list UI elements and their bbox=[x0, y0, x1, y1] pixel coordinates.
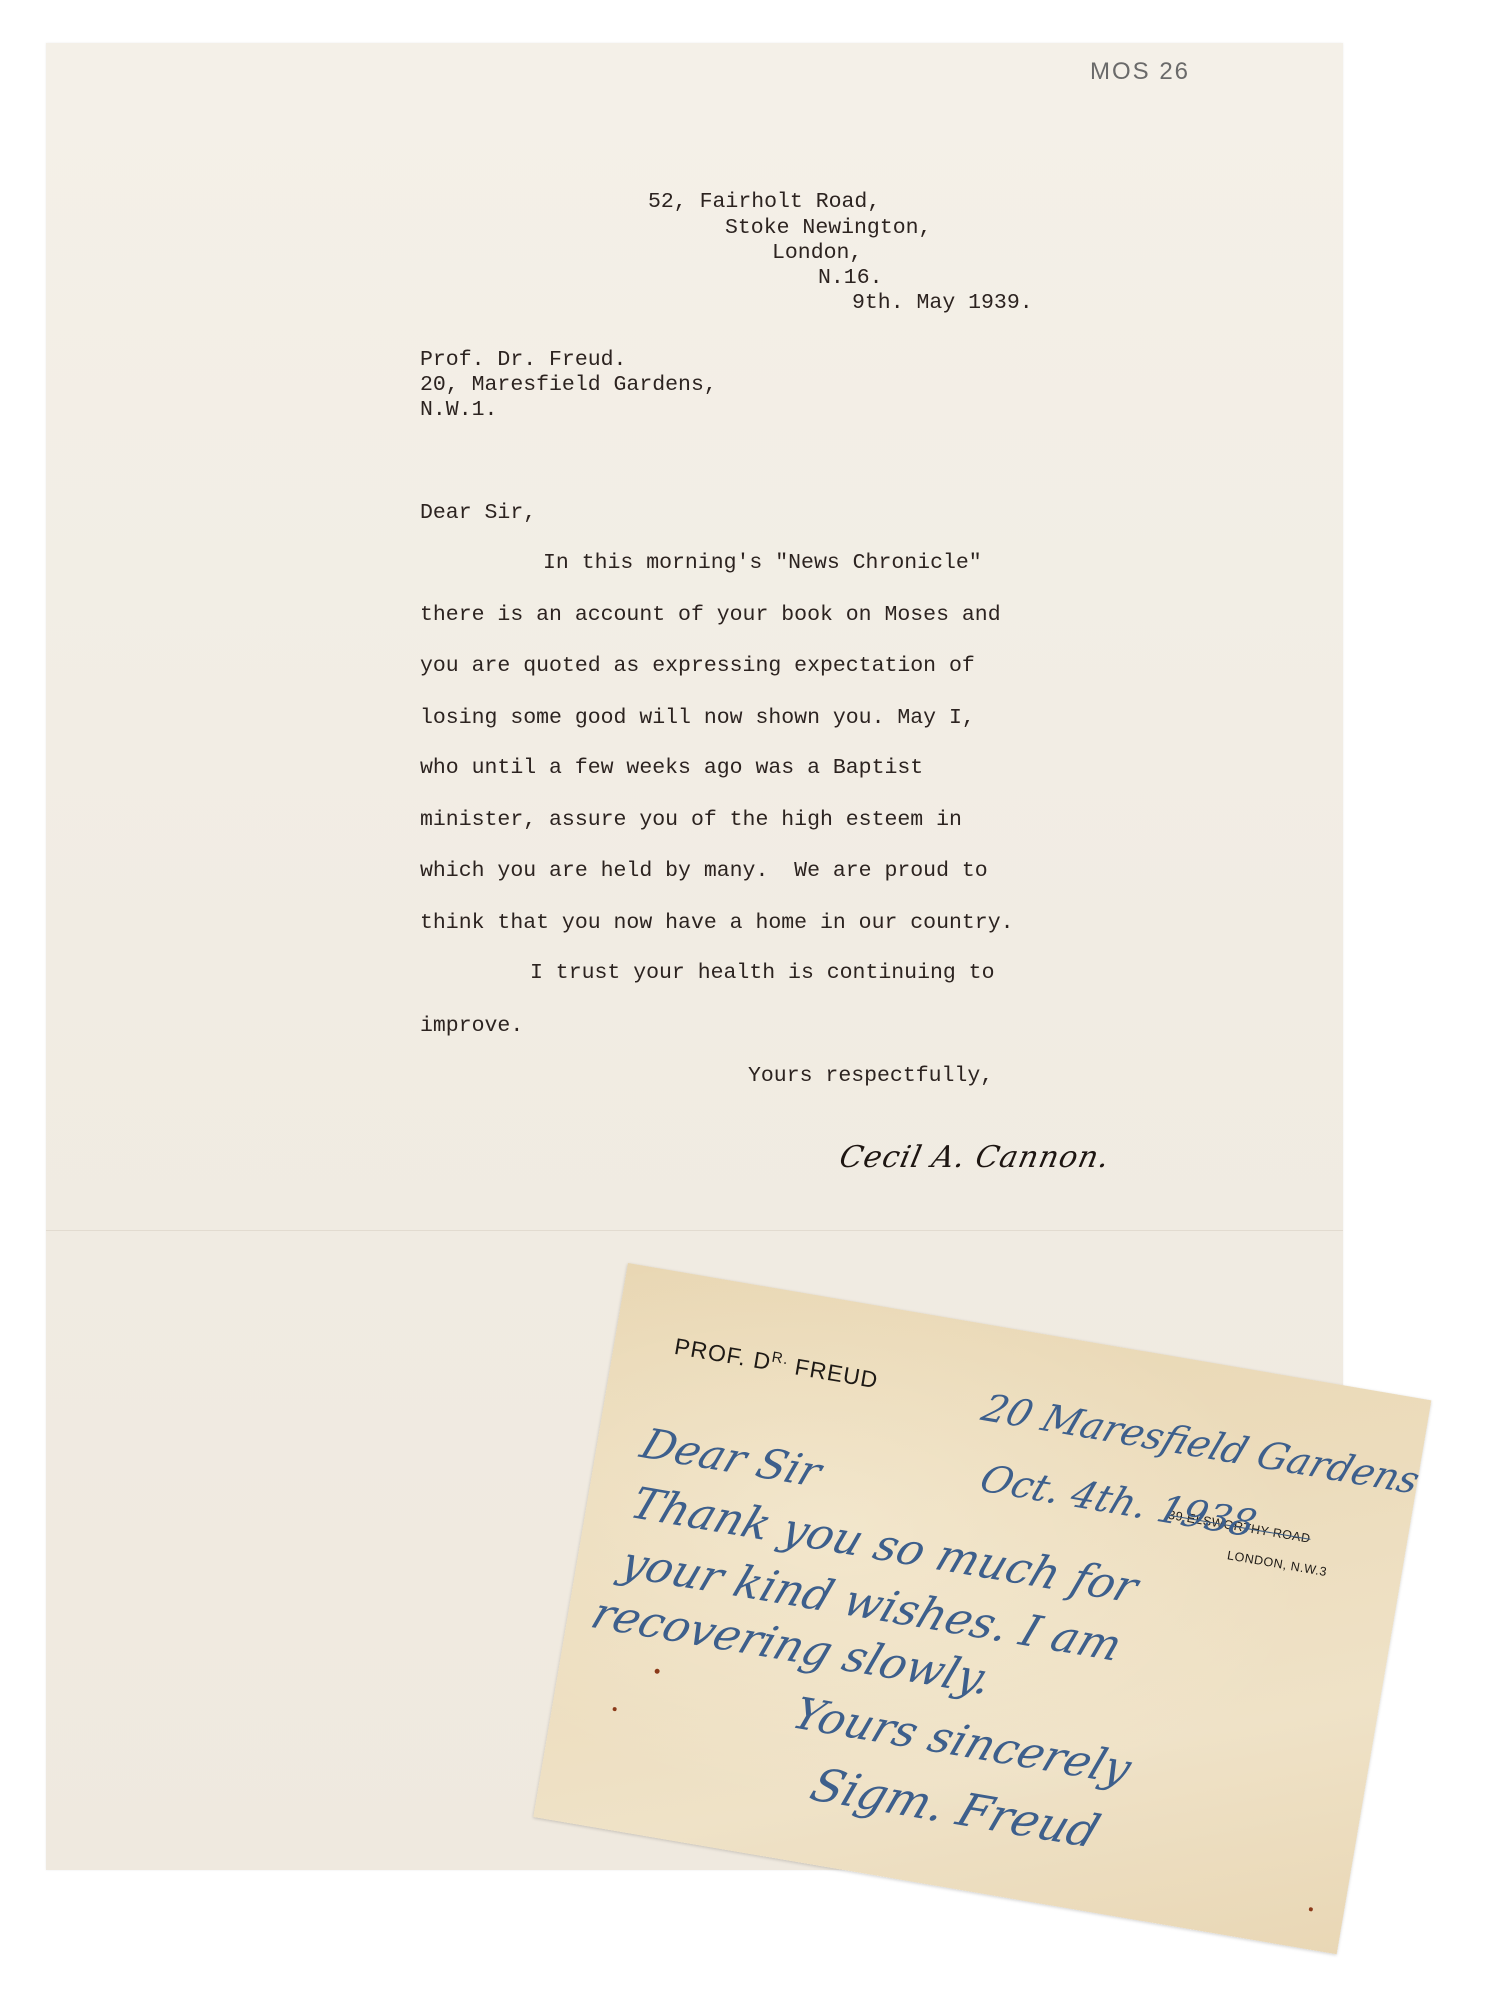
body-line: which you are held by many. We are proud… bbox=[420, 861, 988, 883]
handwritten-date: Oct. 4th. 1938 bbox=[974, 1457, 1262, 1546]
body-line: there is an account of your book on Mose… bbox=[420, 605, 1001, 627]
sender-address-line-2: Stoke Newington, bbox=[725, 218, 931, 240]
salutation: Dear Sir, bbox=[420, 503, 536, 525]
sender-address-line-4: N.16. bbox=[818, 268, 883, 290]
sender-address-line-1: 52, Fairholt Road, bbox=[648, 192, 880, 214]
recipient-line-2: 20, Maresfield Gardens, bbox=[420, 375, 717, 397]
printed-city: LONDON, N.W.3 bbox=[1226, 1548, 1328, 1579]
body-line: I trust your health is continuing to bbox=[530, 963, 994, 985]
body-line: losing some good will now shown you. May… bbox=[420, 708, 975, 730]
body-line: minister, assure you of the high esteem … bbox=[420, 810, 962, 832]
foxing-spot bbox=[1309, 1907, 1314, 1912]
archive-reference-mark: MOS 26 bbox=[1090, 58, 1190, 86]
body-line: you are quoted as expressing expectation… bbox=[420, 656, 975, 678]
body-line: who until a few weeks ago was a Baptist bbox=[420, 758, 923, 780]
letter-date: 9th. May 1939. bbox=[852, 293, 1033, 315]
recipient-line-1: Prof. Dr. Freud. bbox=[420, 350, 626, 372]
sender-address-line-3: London, bbox=[772, 243, 862, 265]
body-line: think that you now have a home in our co… bbox=[420, 913, 1014, 935]
body-line: improve. bbox=[420, 1016, 523, 1038]
paper-fold-line bbox=[46, 1230, 1343, 1231]
body-line: In this morning's "News Chronicle" bbox=[543, 553, 982, 575]
closing: Yours respectfully, bbox=[748, 1066, 993, 1088]
foxing-spot bbox=[654, 1668, 660, 1674]
printed-name: PROF. DR. FREUD bbox=[672, 1332, 880, 1394]
foxing-spot bbox=[612, 1707, 617, 1712]
recipient-line-3: N.W.1. bbox=[420, 400, 497, 422]
signature-cecil-cannon: Cecil A. Cannon. bbox=[836, 1140, 1113, 1175]
